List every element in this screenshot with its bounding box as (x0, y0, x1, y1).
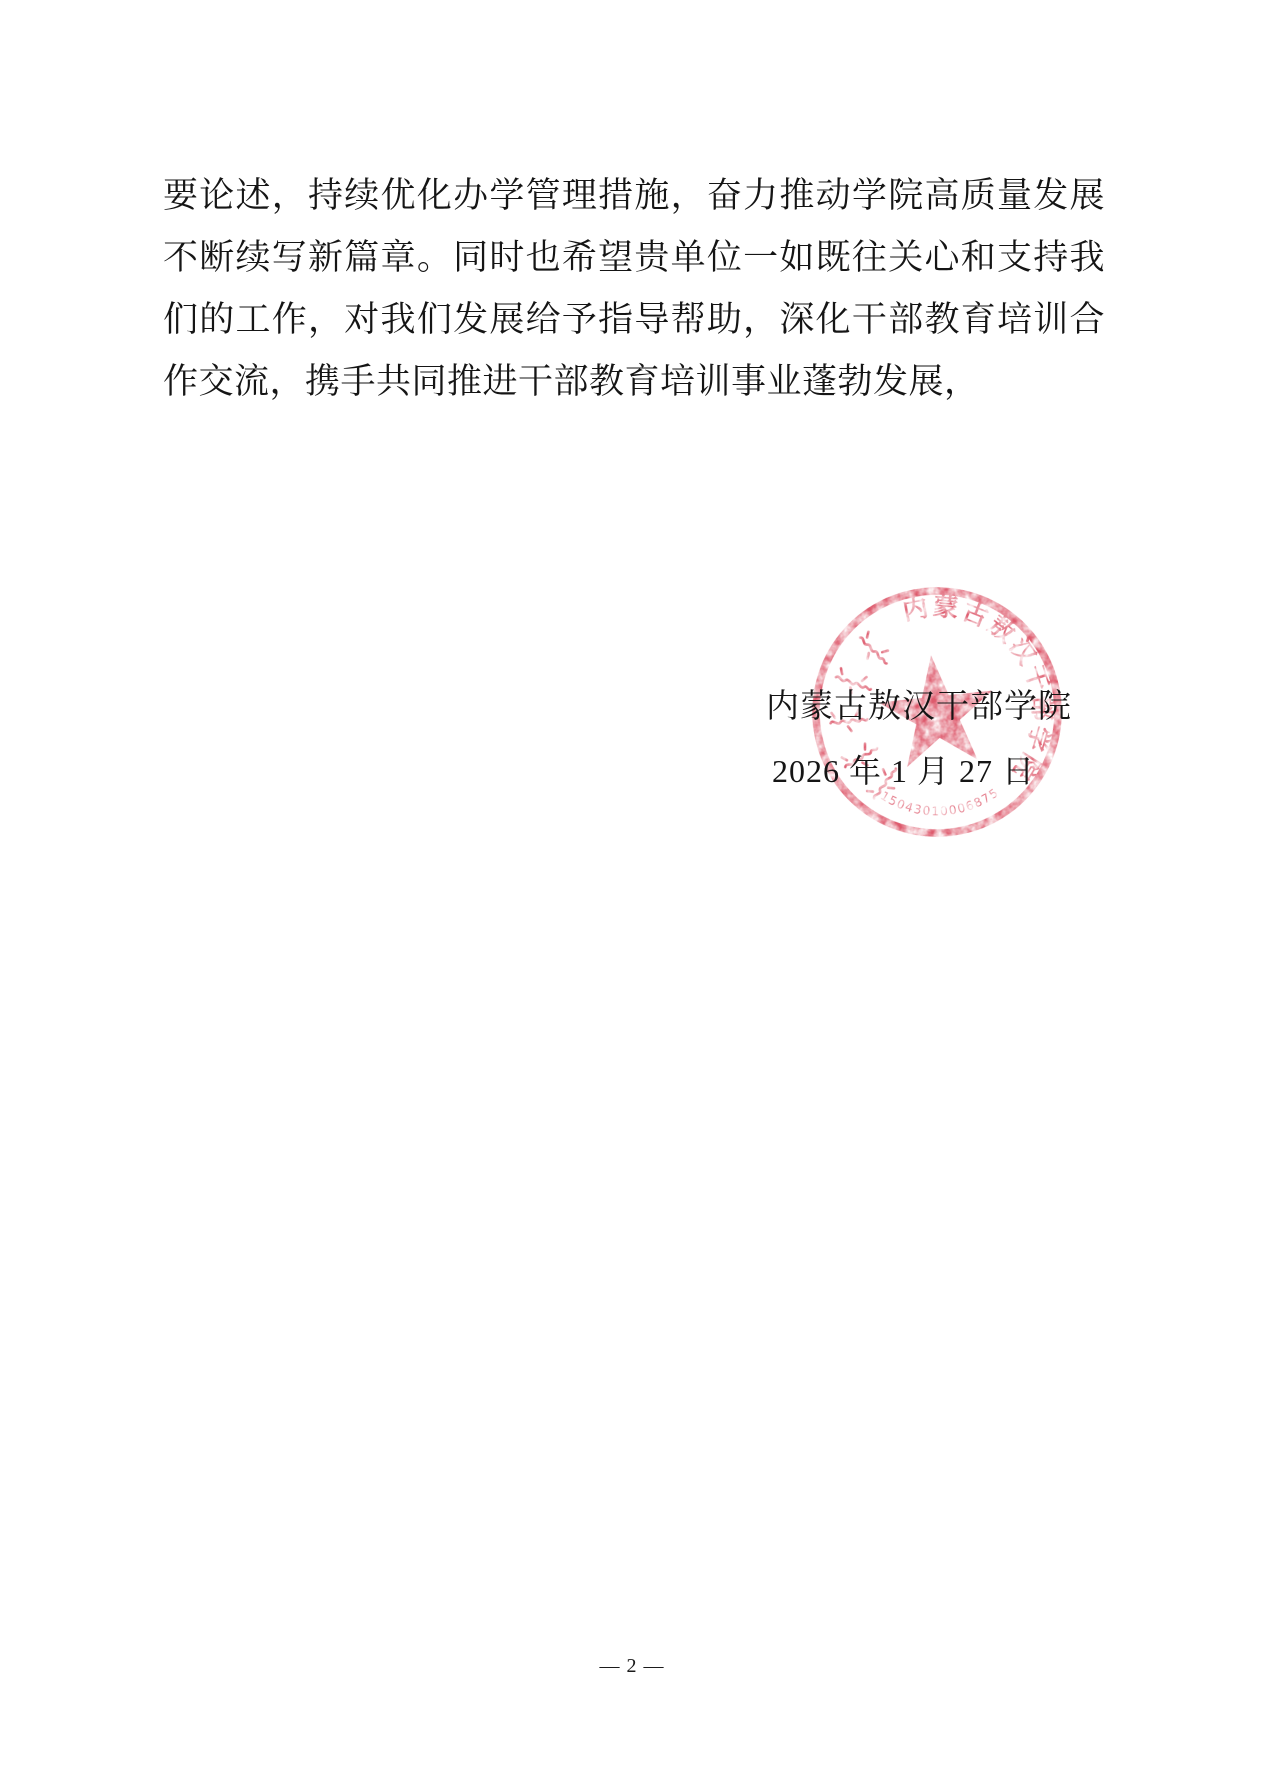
document-page: 要论述，持续优化办学管理措施，奋力推动学院高质量发展 不断续写新篇章。同时也希望… (0, 0, 1264, 1787)
signature-org-name: 内蒙古敖汉干部学院 (766, 680, 1072, 727)
page-number: — 2 — (0, 1655, 1264, 1678)
body-line-2: 不断续写新篇章。同时也希望贵单位一如既往关心和支持我 (163, 227, 1105, 289)
body-line-3: 们的工作，对我们发展给予指导帮助，深化干部教育培训合 (163, 289, 1105, 351)
signature-date: 2026 年 1 月 27 日 (772, 746, 1035, 792)
body-line-4: 作交流，携手共同推进干部教育培训事业蓬勃发展， (163, 351, 1105, 413)
body-line-1: 要论述，持续优化办学管理措施，奋力推动学院高质量发展 (163, 165, 1105, 227)
body-paragraph: 要论述，持续优化办学管理措施，奋力推动学院高质量发展 不断续写新篇章。同时也希望… (163, 165, 1105, 413)
